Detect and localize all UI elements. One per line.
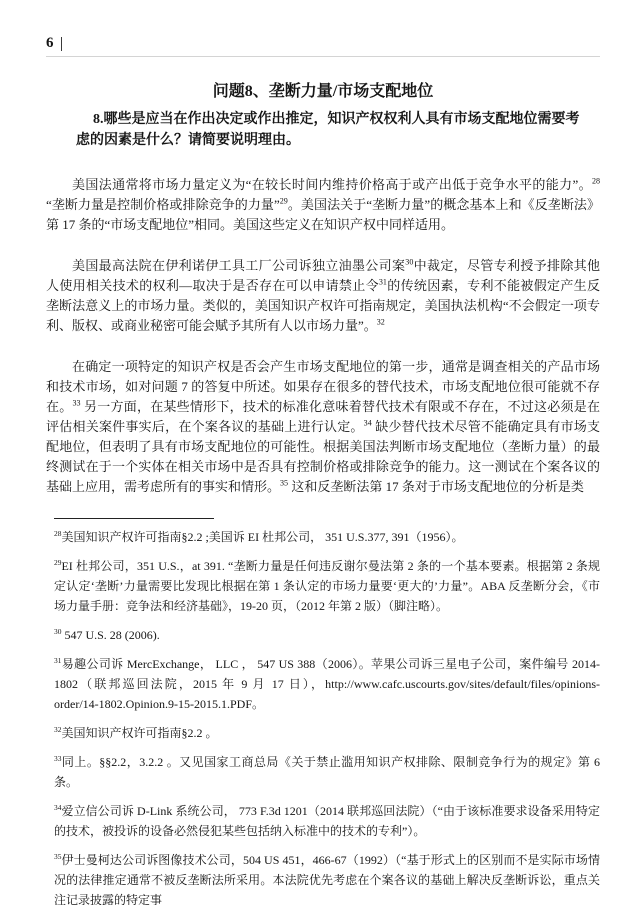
footnote-32-text: 美国知识产权许可指南§2.2 。 (61, 726, 217, 740)
page-header: 6 (46, 36, 600, 57)
section-title: 问题8、垄断力量/市场支配地位 (46, 81, 600, 103)
body-paragraph-dominance-determination: 在确定一项特定的知识产权是否会产生市场支配地位的第一步，通常是调查相关的产品市场… (46, 357, 600, 497)
page-number: 6 (46, 36, 54, 51)
body-paragraph-market-power-definition: 美国法通常将市场力量定义为“在较长时间内维持价格高于或产出低于竞争水平的能力”。… (46, 175, 600, 235)
footnote-29-text: EI 杜邦公司，351 U.S.，at 391. “垄断力量是任何违反谢尔曼法第… (54, 559, 600, 613)
footnote-32: 32美国知识产权许可指南§2.2 。 (54, 723, 600, 743)
footnote-31-text: 易趣公司诉 MercExchange， LLC ， 547 US 388（200… (54, 657, 600, 711)
footnote-28-text: 美国知识产权许可指南§2.2 ;美国诉 EI 杜邦公司， 351 U.S.377… (61, 530, 463, 544)
body-paragraph-supreme-court-patent: 美国最高法院在伊利诺伊工具工厂公司诉独立油墨公司案30中裁定，尽管专利授予排除其… (46, 256, 600, 336)
footnotes-section: 28美国知识产权许可指南§2.2 ;美国诉 EI 杜邦公司， 351 U.S.3… (46, 518, 600, 905)
footnote-35-text: 伊士曼柯达公司诉图像技术公司，504 US 451，466-67（1992）（“… (54, 853, 600, 905)
footnote-31: 31易趣公司诉 MercExchange， LLC ， 547 US 388（2… (54, 654, 600, 714)
footnote-33: 33同上。§§2.2，3.2.2 。又见国家工商总局《关于禁止滥用知识产权排除、… (54, 752, 600, 792)
footnote-33-text: 同上。§§2.2，3.2.2 。又见国家工商总局《关于禁止滥用知识产权排除、限制… (54, 755, 600, 789)
footnote-34-text: 爱立信公司诉 D-Link 系统公司， 773 F.3d 1201（2014 联… (54, 804, 600, 838)
footnote-30-text: 547 U.S. 28 (2006). (61, 628, 159, 642)
footnote-34: 34爱立信公司诉 D-Link 系统公司， 773 F.3d 1201（2014… (54, 801, 600, 841)
footnote-30: 30 547 U.S. 28 (2006). (54, 625, 600, 645)
footnote-separator-line (54, 518, 214, 519)
footnote-28: 28美国知识产权许可指南§2.2 ;美国诉 EI 杜邦公司， 351 U.S.3… (54, 527, 600, 547)
page-number-divider (61, 37, 62, 51)
question-text: 8.哪些是应当在作出决定或作出推定，知识产权权利人具有市场支配地位需要考虑的因素… (76, 109, 580, 151)
footnote-35: 35伊士曼柯达公司诉图像技术公司，504 US 451，466-67（1992）… (54, 850, 600, 905)
document-main: 问题8、垄断力量/市场支配地位 8.哪些是应当在作出决定或作出推定，知识产权权利… (46, 81, 600, 497)
footnote-29: 29EI 杜邦公司，351 U.S.，at 391. “垄断力量是任何违反谢尔曼… (54, 556, 600, 616)
document-page: 6 问题8、垄断力量/市场支配地位 8.哪些是应当在作出决定或作出推定，知识产权… (0, 0, 640, 905)
